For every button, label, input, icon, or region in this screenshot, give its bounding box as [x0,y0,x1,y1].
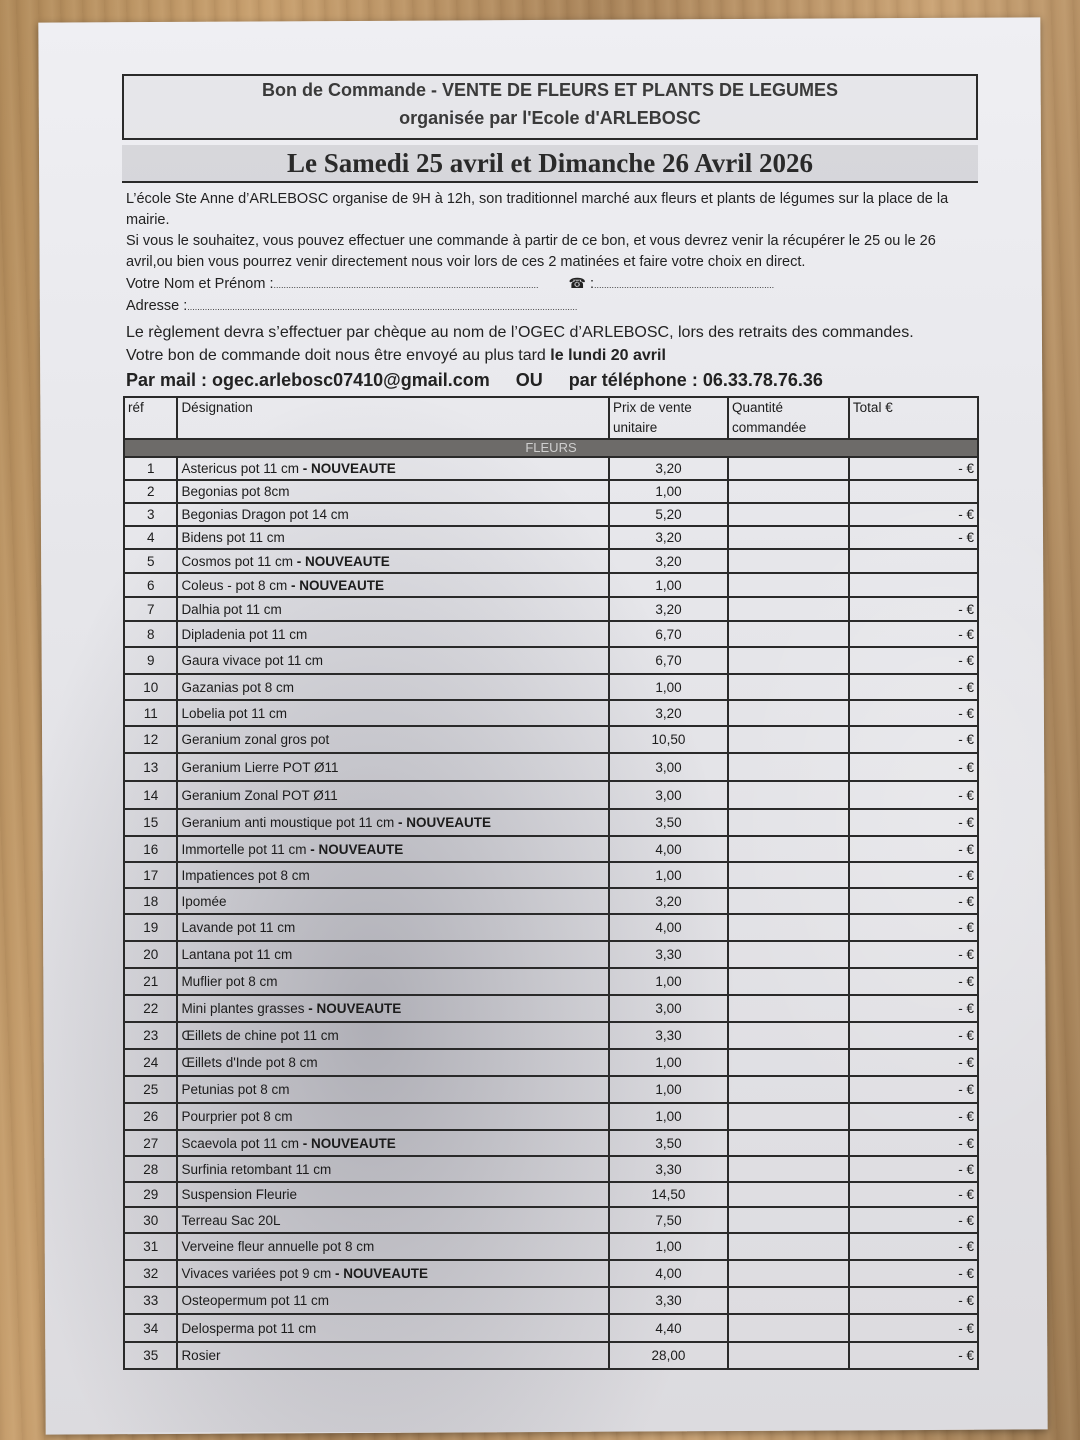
item-name: Astericus pot 11 cm [181,461,299,476]
item-ref: 10 [124,674,177,700]
table-row: 17Impatiences pot 8 cm1,00- € [124,862,978,888]
item-total: - € [849,1130,978,1156]
item-new-tag: - NOUVEAUTE [287,578,384,593]
item-name: Osteopermum pot 11 cm [181,1293,329,1308]
item-ref: 11 [124,700,177,726]
item-quantity-input[interactable] [728,809,849,836]
item-ref: 1 [124,457,177,480]
item-quantity-input[interactable] [728,674,849,700]
item-unit-price: 28,00 [609,1342,728,1369]
item-unit-price: 3,20 [609,457,728,480]
table-row: 33Osteopermum pot 11 cm3,30- € [124,1287,978,1314]
item-unit-price: 14,50 [609,1182,728,1207]
item-total: - € [849,503,978,526]
item-name: Dipladenia pot 11 cm [181,627,307,642]
item-name: Mini plantes grasses [181,1001,304,1016]
table-row: 19Lavande pot 11 cm4,00- € [124,914,978,941]
item-designation: Immortelle pot 11 cm - NOUVEAUTE [177,836,609,862]
item-name: Pourprier pot 8 cm [181,1109,292,1124]
item-quantity-input[interactable] [728,1049,849,1076]
table-row: 8Dipladenia pot 11 cm6,70- € [124,621,978,647]
item-name: Lobelia pot 11 cm [181,706,287,721]
item-ref: 23 [124,1022,177,1049]
item-ref: 27 [124,1130,177,1156]
phone-contact-label: par téléphone : [569,370,703,390]
item-designation: Rosier [177,1342,609,1369]
item-name: Geranium Lierre POT Ø11 [181,760,338,775]
item-unit-price: 6,70 [609,621,728,647]
item-ref: 22 [124,995,177,1022]
item-designation: Œillets de chine pot 11 cm [177,1022,609,1049]
item-quantity-input[interactable] [728,1182,849,1207]
item-unit-price: 3,30 [609,1287,728,1314]
item-unit-price: 1,00 [609,1076,728,1103]
table-row: 35Rosier28,00- € [124,1342,978,1369]
deadline-text: Votre bon de commande doit nous être env… [126,347,550,364]
item-ref: 17 [124,862,177,888]
item-ref: 18 [124,888,177,914]
item-name: Begonias pot 8cm [181,484,289,499]
item-ref: 3 [124,503,177,526]
item-name: Terreau Sac 20L [181,1213,280,1228]
item-ref: 6 [124,573,177,597]
table-row: 6Coleus - pot 8 cm - NOUVEAUTE1,00 [124,573,978,597]
item-total: - € [849,1103,978,1130]
item-quantity-input[interactable] [728,1207,849,1233]
item-ref: 5 [124,549,177,573]
item-total: - € [849,941,978,968]
item-designation: Petunias pot 8 cm [177,1076,609,1103]
item-total: - € [849,836,978,862]
item-designation: Geranium Lierre POT Ø11 [177,753,609,781]
item-total: - € [849,674,978,700]
item-unit-price: 4,00 [609,836,728,862]
item-new-tag: - NOUVEAUTE [299,461,396,476]
table-header-row: réf Désignation Prix de vente unitaire Q… [124,397,978,439]
item-name: Gaura vivace pot 11 cm [181,653,323,668]
item-unit-price: 3,50 [609,1130,728,1156]
table-row: 23Œillets de chine pot 11 cm3,30- € [124,1022,978,1049]
table-row: 4Bidens pot 11 cm3,20- € [124,526,978,549]
item-designation: Terreau Sac 20L [177,1207,609,1233]
item-total: - € [849,1076,978,1103]
item-name: Scaevola pot 11 cm [181,1136,299,1151]
item-name: Lantana pot 11 cm [181,947,292,962]
item-total: - € [849,1049,978,1076]
item-name: Vivaces variées pot 9 cm [181,1266,331,1281]
item-designation: Begonias pot 8cm [177,480,609,503]
item-designation: Gazanias pot 8 cm [177,674,609,700]
item-quantity-input[interactable] [728,647,849,674]
item-unit-price: 1,00 [609,674,728,700]
item-quantity-input[interactable] [728,914,849,941]
title-box: Bon de Commande - VENTE DE FLEURS ET PLA… [122,74,978,140]
header-qty-line1: Quantité [732,400,783,415]
order-form: Bon de Commande - VENTE DE FLEURS ET PLA… [122,74,978,393]
item-name: Begonias Dragon pot 14 cm [181,507,348,522]
name-input-line[interactable]: ........................................… [273,275,538,296]
item-designation: Muflier pot 8 cm [177,968,609,995]
item-name: Geranium zonal gros pot [181,732,329,747]
name-phone-field: Votre Nom et Prénom : ..................… [126,273,978,296]
table-row: 30Terreau Sac 20L7,50- € [124,1207,978,1233]
item-unit-price: 1,00 [609,1103,728,1130]
item-designation: Lavande pot 11 cm [177,914,609,941]
item-quantity-input[interactable] [728,1233,849,1260]
item-total: - € [849,700,978,726]
item-name: Bidens pot 11 cm [181,530,284,545]
address-field: Adresse : ..............................… [126,296,978,318]
section-row-fleurs: FLEURS [124,439,978,457]
item-designation: Dipladenia pot 11 cm [177,621,609,647]
item-ref: 2 [124,480,177,503]
table-row: 13Geranium Lierre POT Ø113,00- € [124,753,978,781]
item-total: - € [849,1314,978,1342]
item-ref: 19 [124,914,177,941]
form-title-prefix: Bon de Commande - [262,80,442,100]
name-label: Votre Nom et Prénom : [126,274,273,295]
item-quantity-input[interactable] [728,995,849,1022]
item-ref: 32 [124,1260,177,1287]
item-total: - € [849,1260,978,1287]
table-row: 10Gazanias pot 8 cm1,00- € [124,674,978,700]
address-input-line[interactable]: ........................................… [187,297,577,318]
item-quantity-input[interactable] [728,457,849,480]
item-designation: Surfinia retombant 11 cm [177,1156,609,1182]
item-unit-price: 3,50 [609,809,728,836]
item-unit-price: 4,00 [609,914,728,941]
item-unit-price: 1,00 [609,1233,728,1260]
item-unit-price: 3,30 [609,1156,728,1182]
table-row: 5Cosmos pot 11 cm - NOUVEAUTE3,20 [124,549,978,573]
item-designation: Gaura vivace pot 11 cm [177,647,609,674]
item-ref: 25 [124,1076,177,1103]
order-table: réf Désignation Prix de vente unitaire Q… [123,396,979,1370]
intro-paragraph-1: L’école Ste Anne d’ARLEBOSC organise de … [126,189,978,231]
item-unit-price: 3,20 [609,888,728,914]
item-designation: Lantana pot 11 cm [177,941,609,968]
item-ref: 21 [124,968,177,995]
item-total: - € [849,914,978,941]
table-row: 1Astericus pot 11 cm - NOUVEAUTE3,20- € [124,457,978,480]
item-total: - € [849,753,978,781]
item-unit-price: 5,20 [609,503,728,526]
item-quantity-input[interactable] [728,597,849,621]
item-total: - € [849,1233,978,1260]
table-row: 31Verveine fleur annuelle pot 8 cm1,00- … [124,1233,978,1260]
item-unit-price: 3,30 [609,941,728,968]
item-quantity-input[interactable] [728,1156,849,1182]
item-name: Muflier pot 8 cm [181,974,277,989]
item-name: Verveine fleur annuelle pot 8 cm [181,1239,374,1254]
item-unit-price: 7,50 [609,1207,728,1233]
item-ref: 34 [124,1314,177,1342]
item-designation: Verveine fleur annuelle pot 8 cm [177,1233,609,1260]
item-ref: 4 [124,526,177,549]
item-name: Œillets de chine pot 11 cm [181,1028,338,1043]
header-designation: Désignation [177,397,609,439]
table-row: 34Delosperma pot 11 cm4,40- € [124,1314,978,1342]
item-quantity-input[interactable] [728,753,849,781]
item-total: - € [849,968,978,995]
item-quantity-input[interactable] [728,1022,849,1049]
payment-info: Le règlement devra s’effectuer par chèqu… [126,321,978,344]
item-total: - € [849,726,978,753]
contact-email[interactable]: ogec.arlebosc07410@gmail.com [212,370,490,390]
item-quantity-input[interactable] [728,836,849,862]
or-separator: OU [516,370,543,390]
item-name: Delosperma pot 11 cm [181,1321,316,1336]
item-unit-price: 6,70 [609,647,728,674]
item-name: Dalhia pot 11 cm [181,602,281,617]
table-row: 15Geranium anti moustique pot 11 cm - NO… [124,809,978,836]
table-row: 9Gaura vivace pot 11 cm6,70- € [124,647,978,674]
header-quantity: Quantité commandée [728,397,849,439]
item-total [849,480,978,503]
table-row: 32Vivaces variées pot 9 cm - NOUVEAUTE4,… [124,1260,978,1287]
table-row: 12Geranium zonal gros pot10,50- € [124,726,978,753]
item-ref: 7 [124,597,177,621]
item-total: - € [849,809,978,836]
item-unit-price: 3,20 [609,549,728,573]
item-ref: 12 [124,726,177,753]
table-row: 7Dalhia pot 11 cm3,20- € [124,597,978,621]
section-label: FLEURS [124,439,978,457]
item-designation: Begonias Dragon pot 14 cm [177,503,609,526]
item-quantity-input[interactable] [728,1076,849,1103]
item-quantity-input[interactable] [728,1103,849,1130]
header-ref: réf [124,397,177,439]
item-designation: Suspension Fleurie [177,1182,609,1207]
table-row: 29Suspension Fleurie14,50- € [124,1182,978,1207]
item-new-tag: - NOUVEAUTE [306,842,403,857]
item-designation: Geranium zonal gros pot [177,726,609,753]
item-name: Geranium anti moustique pot 11 cm [181,815,394,830]
item-total: - € [849,1342,978,1369]
item-quantity-input[interactable] [728,726,849,753]
item-total: - € [849,888,978,914]
item-quantity-input[interactable] [728,480,849,503]
item-name: Surfinia retombant 11 cm [181,1162,331,1177]
item-new-tag: - NOUVEAUTE [331,1266,428,1281]
item-unit-price: 3,20 [609,597,728,621]
header-price-line1: Prix de vente [613,400,692,415]
item-quantity-input[interactable] [728,941,849,968]
item-quantity-input[interactable] [728,1287,849,1314]
item-unit-price: 3,00 [609,781,728,809]
item-designation: Delosperma pot 11 cm [177,1314,609,1342]
item-quantity-input[interactable] [728,862,849,888]
item-name: Ipomée [181,894,226,909]
item-designation: Scaevola pot 11 cm - NOUVEAUTE [177,1130,609,1156]
item-total: - € [849,781,978,809]
item-new-tag: - NOUVEAUTE [299,1136,396,1151]
table-row: 21Muflier pot 8 cm1,00- € [124,968,978,995]
item-new-tag: - NOUVEAUTE [293,554,390,569]
item-designation: Bidens pot 11 cm [177,526,609,549]
deadline-date: le lundi 20 avril [550,347,666,364]
item-name: Cosmos pot 11 cm [181,554,293,569]
item-designation: Vivaces variées pot 9 cm - NOUVEAUTE [177,1260,609,1287]
item-designation: Mini plantes grasses - NOUVEAUTE [177,995,609,1022]
item-unit-price: 3,20 [609,526,728,549]
item-designation: Geranium anti moustique pot 11 cm - NOUV… [177,809,609,836]
item-new-tag: - NOUVEAUTE [394,815,491,830]
form-title-main: VENTE DE FLEURS ET PLANTS DE LEGUMES [442,80,838,100]
item-new-tag: - NOUVEAUTE [305,1001,402,1016]
item-unit-price: 1,00 [609,480,728,503]
item-ref: 28 [124,1156,177,1182]
item-designation: Œillets d'Inde pot 8 cm [177,1049,609,1076]
item-total: - € [849,1022,978,1049]
table-row: 11Lobelia pot 11 cm3,20- € [124,700,978,726]
item-ref: 33 [124,1287,177,1314]
item-quantity-input[interactable] [728,1260,849,1287]
item-designation: Pourprier pot 8 cm [177,1103,609,1130]
item-total [849,573,978,597]
item-designation: Cosmos pot 11 cm - NOUVEAUTE [177,549,609,573]
item-quantity-input[interactable] [728,1314,849,1342]
item-total: - € [849,457,978,480]
table-row: 24Œillets d'Inde pot 8 cm1,00- € [124,1049,978,1076]
item-quantity-input[interactable] [728,888,849,914]
item-ref: 13 [124,753,177,781]
item-quantity-input[interactable] [728,968,849,995]
item-designation: Ipomée [177,888,609,914]
item-designation: Astericus pot 11 cm - NOUVEAUTE [177,457,609,480]
item-quantity-input[interactable] [728,526,849,549]
table-row: 2Begonias pot 8cm1,00 [124,480,978,503]
item-total: - € [849,1287,978,1314]
item-unit-price: 1,00 [609,968,728,995]
item-unit-price: 10,50 [609,726,728,753]
header-price-line2: unitaire [613,420,657,435]
item-quantity-input[interactable] [728,781,849,809]
item-name: Impatiences pot 8 cm [181,868,309,883]
item-total: - € [849,1156,978,1182]
item-unit-price: 1,00 [609,862,728,888]
item-total [849,549,978,573]
item-unit-price: 1,00 [609,1049,728,1076]
item-unit-price: 4,00 [609,1260,728,1287]
item-unit-price: 4,40 [609,1314,728,1342]
form-subtitle: organisée par l'Ecole d'ARLEBOSC [124,108,976,129]
item-designation: Coleus - pot 8 cm - NOUVEAUTE [177,573,609,597]
item-quantity-input[interactable] [728,573,849,597]
item-name: Suspension Fleurie [181,1187,297,1202]
item-unit-price: 3,00 [609,995,728,1022]
header-unit-price: Prix de vente unitaire [609,397,728,439]
item-name: Œillets d'Inde pot 8 cm [181,1055,317,1070]
deadline-info: Votre bon de commande doit nous être env… [126,344,978,367]
header-qty-line2: commandée [732,420,806,435]
item-ref: 15 [124,809,177,836]
table-row: 16Immortelle pot 11 cm - NOUVEAUTE4,00- … [124,836,978,862]
item-ref: 24 [124,1049,177,1076]
item-unit-price: 3,30 [609,1022,728,1049]
item-name: Rosier [181,1348,220,1363]
form-title: Bon de Commande - VENTE DE FLEURS ET PLA… [124,80,976,101]
item-total: - € [849,995,978,1022]
phone-input-line[interactable]: ........................................… [594,275,774,296]
item-ref: 35 [124,1342,177,1369]
item-total: - € [849,647,978,674]
item-total: - € [849,597,978,621]
item-name: Geranium Zonal POT Ø11 [181,788,337,803]
phone-icon: ☎ [569,273,586,294]
table-row: 28Surfinia retombant 11 cm3,30- € [124,1156,978,1182]
item-ref: 29 [124,1182,177,1207]
item-designation: Dalhia pot 11 cm [177,597,609,621]
item-total: - € [849,621,978,647]
table-row: 27Scaevola pot 11 cm - NOUVEAUTE3,50- € [124,1130,978,1156]
item-ref: 9 [124,647,177,674]
item-total: - € [849,1182,978,1207]
item-total: - € [849,862,978,888]
item-total: - € [849,526,978,549]
item-quantity-input[interactable] [728,700,849,726]
item-designation: Impatiences pot 8 cm [177,862,609,888]
item-ref: 30 [124,1207,177,1233]
mail-label: Par mail : [126,370,212,390]
event-dates: Le Samedi 25 avril et Dimanche 26 Avril … [122,145,978,183]
contact-info: Par mail : ogec.arlebosc07410@gmail.com … [126,367,978,393]
table-row: 14Geranium Zonal POT Ø113,00- € [124,781,978,809]
item-ref: 8 [124,621,177,647]
item-quantity-input[interactable] [728,549,849,573]
item-name: Lavande pot 11 cm [181,920,295,935]
item-ref: 16 [124,836,177,862]
table-row: 25Petunias pot 8 cm1,00- € [124,1076,978,1103]
intro-text: L’école Ste Anne d’ARLEBOSC organise de … [126,189,978,318]
item-name: Coleus - pot 8 cm [181,578,287,593]
item-quantity-input[interactable] [728,621,849,647]
item-designation: Geranium Zonal POT Ø11 [177,781,609,809]
item-total: - € [849,1207,978,1233]
item-unit-price: 3,00 [609,753,728,781]
item-name: Immortelle pot 11 cm [181,842,306,857]
table-row: 20Lantana pot 11 cm3,30- € [124,941,978,968]
intro-paragraph-2: Si vous le souhaitez, vous pouvez effect… [126,231,978,273]
item-unit-price: 1,00 [609,573,728,597]
item-ref: 31 [124,1233,177,1260]
table-row: 3Begonias Dragon pot 14 cm5,20- € [124,503,978,526]
contact-phone[interactable]: 06.33.78.76.36 [703,370,823,390]
table-row: 26Pourprier pot 8 cm1,00- € [124,1103,978,1130]
item-quantity-input[interactable] [728,1130,849,1156]
item-designation: Lobelia pot 11 cm [177,700,609,726]
item-unit-price: 3,20 [609,700,728,726]
item-quantity-input[interactable] [728,1342,849,1369]
item-ref: 26 [124,1103,177,1130]
table-row: 18Ipomée3,20- € [124,888,978,914]
item-designation: Osteopermum pot 11 cm [177,1287,609,1314]
table-row: 22Mini plantes grasses - NOUVEAUTE3,00- … [124,995,978,1022]
item-ref: 14 [124,781,177,809]
item-name: Gazanias pot 8 cm [181,680,294,695]
item-quantity-input[interactable] [728,503,849,526]
address-label: Adresse : [126,296,187,317]
item-name: Petunias pot 8 cm [181,1082,289,1097]
header-total: Total € [849,397,978,439]
item-ref: 20 [124,941,177,968]
